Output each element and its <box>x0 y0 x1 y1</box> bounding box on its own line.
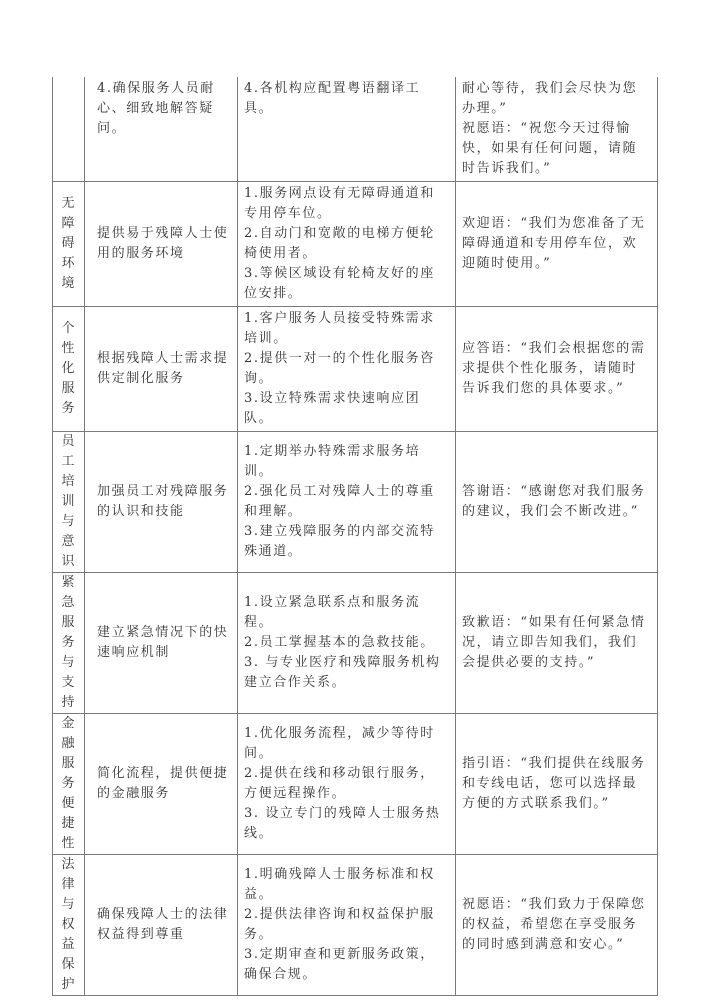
table-row: 紧急服务与支持 建立紧急情况下的快速响应机制 1.设立紧急联系点和服务流程。 2… <box>53 573 658 714</box>
document-page: 4.确保服务人员耐心、细致地解答疑问。 4.各机构应配置粤语翻译工具。 耐心等待… <box>0 0 706 1000</box>
measure-item: 2.提供法律咨询和权益保护服务。 <box>244 905 449 945</box>
measure-item: 1.优化服务流程，减少等待时间。 <box>244 724 449 764</box>
service-standards-table: 4.确保服务人员耐心、细致地解答疑问。 4.各机构应配置粤语翻译工具。 耐心等待… <box>52 77 658 996</box>
category-cell: 紧急服务与支持 <box>53 573 85 714</box>
script-item: 祝愿语：“祝您今天过得愉快，如果有任何问题，请随时告诉我们。” <box>462 119 651 179</box>
measure-item: 4.各机构应配置粤语翻译工具。 <box>244 79 449 119</box>
measure-item: 1.定期举办特殊需求服务培训。 <box>244 442 449 482</box>
script-cell: 欢迎语：“我们为您准备了无障碍通道和专用停车位，欢迎随时使用。” <box>456 182 658 307</box>
script-cell: 致歉语：“如果有任何紧急情况，请立即告知我们，我们会提供必要的支持。” <box>456 573 658 714</box>
goal-cell: 建立紧急情况下的快速响应机制 <box>85 573 238 714</box>
script-cell: 耐心等待，我们会尽快为您办理。” 祝愿语：“祝您今天过得愉快，如果有任何问题，请… <box>456 77 658 182</box>
measures-cell: 4.各机构应配置粤语翻译工具。 <box>238 77 456 182</box>
measures-cell: 1.定期举办特殊需求服务培训。 2.强化员工对残障人士的尊重和理解。 3.建立残… <box>238 432 456 573</box>
table-row: 法律与权益保护 确保残障人士的法律权益得到尊重 1.明确残障人士服务标准和权益。… <box>53 855 658 996</box>
script-item: 致歉语：“如果有任何紧急情况，请立即告知我们，我们会提供必要的支持。” <box>462 613 651 673</box>
measures-cell: 1.优化服务流程，减少等待时间。 2.提供在线和移动银行服务，方便远程操作。 3… <box>238 714 456 855</box>
category-cell: 金融服务便捷性 <box>53 714 85 855</box>
category-cell: 个性化服务 <box>53 307 85 432</box>
measures-cell: 1.设立紧急联系点和服务流程。 2.员工掌握基本的急救技能。 3. 与专业医疗和… <box>238 573 456 714</box>
script-item: 祝愿语：“我们致力于保障您的权益，希望您在享受服务的同时感到满意和安心。” <box>462 895 651 955</box>
measure-item: 1.客户服务人员接受特殊需求培训。 <box>244 309 449 349</box>
measure-item: 2.员工掌握基本的急救技能。 <box>244 633 449 653</box>
script-cell: 应答语：“我们会根据您的需求提供个性化服务，请随时告诉我们您的具体要求。” <box>456 307 658 432</box>
category-cell: 法律与权益保护 <box>53 855 85 996</box>
table-row: 员工培训与意识 加强员工对残障服务的认识和技能 1.定期举办特殊需求服务培训。 … <box>53 432 658 573</box>
table-row: 无障碍环境 提供易于残障人士使用的服务环境 1.服务网点设有无障碍通道和专用停车… <box>53 182 658 307</box>
measures-cell: 1.客户服务人员接受特殊需求培训。 2.提供一对一的个性化服务咨询。 3.设立特… <box>238 307 456 432</box>
measure-item: 2.提供一对一的个性化服务咨询。 <box>244 349 449 389</box>
measure-item: 1.服务网点设有无障碍通道和专用停车位。 <box>244 184 449 224</box>
goal-cell: 简化流程，提供便捷的金融服务 <box>85 714 238 855</box>
script-cell: 祝愿语：“我们致力于保障您的权益，希望您在享受服务的同时感到满意和安心。” <box>456 855 658 996</box>
script-item: 欢迎语：“我们为您准备了无障碍通道和专用停车位，欢迎随时使用。” <box>462 214 651 274</box>
measures-cell: 1.服务网点设有无障碍通道和专用停车位。 2.自动门和宽敞的电梯方便轮椅使用者。… <box>238 182 456 307</box>
measure-item: 2.自动门和宽敞的电梯方便轮椅使用者。 <box>244 224 449 264</box>
category-cell <box>53 77 85 182</box>
measure-item: 3. 设立专门的残障人士服务热线。 <box>244 804 449 844</box>
script-item: 指引语：“我们提供在线服务和专线电话，您可以选择最方便的方式联系我们。” <box>462 754 651 814</box>
measure-item: 2.强化员工对残障人士的尊重和理解。 <box>244 482 449 522</box>
script-cell: 答谢语：“感谢您对我们服务的建议，我们会不断改进。” <box>456 432 658 573</box>
measure-item: 3.定期审查和更新服务政策，确保合规。 <box>244 945 449 985</box>
goal-cell: 提供易于残障人士使用的服务环境 <box>85 182 238 307</box>
measure-item: 1.设立紧急联系点和服务流程。 <box>244 593 449 633</box>
table-row: 金融服务便捷性 简化流程，提供便捷的金融服务 1.优化服务流程，减少等待时间。 … <box>53 714 658 855</box>
table-row: 个性化服务 根据残障人士需求提供定制化服务 1.客户服务人员接受特殊需求培训。 … <box>53 307 658 432</box>
script-item: 应答语：“我们会根据您的需求提供个性化服务，请随时告诉我们您的具体要求。” <box>462 339 651 399</box>
measure-item: 3.建立残障服务的内部交流特殊通道。 <box>244 522 449 562</box>
script-cell: 指引语：“我们提供在线服务和专线电话，您可以选择最方便的方式联系我们。” <box>456 714 658 855</box>
goal-cell: 加强员工对残障服务的认识和技能 <box>85 432 238 573</box>
measure-item: 3. 与专业医疗和残障服务机构建立合作关系。 <box>244 653 449 693</box>
measure-item: 2.提供在线和移动银行服务，方便远程操作。 <box>244 764 449 804</box>
script-item: 耐心等待，我们会尽快为您办理。” <box>462 79 651 119</box>
measure-item: 3.设立特殊需求快速响应团队。 <box>244 389 449 429</box>
measure-item: 3.等候区域设有轮椅友好的座位安排。 <box>244 264 449 304</box>
goal-cell: 4.确保服务人员耐心、细致地解答疑问。 <box>85 77 238 182</box>
measures-cell: 1.明确残障人士服务标准和权益。 2.提供法律咨询和权益保护服务。 3.定期审查… <box>238 855 456 996</box>
script-item: 答谢语：“感谢您对我们服务的建议，我们会不断改进。” <box>462 482 651 522</box>
goal-cell: 确保残障人士的法律权益得到尊重 <box>85 855 238 996</box>
category-cell: 员工培训与意识 <box>53 432 85 573</box>
table-row: 4.确保服务人员耐心、细致地解答疑问。 4.各机构应配置粤语翻译工具。 耐心等待… <box>53 77 658 182</box>
measure-item: 1.明确残障人士服务标准和权益。 <box>244 865 449 905</box>
category-cell: 无障碍环境 <box>53 182 85 307</box>
goal-cell: 根据残障人士需求提供定制化服务 <box>85 307 238 432</box>
